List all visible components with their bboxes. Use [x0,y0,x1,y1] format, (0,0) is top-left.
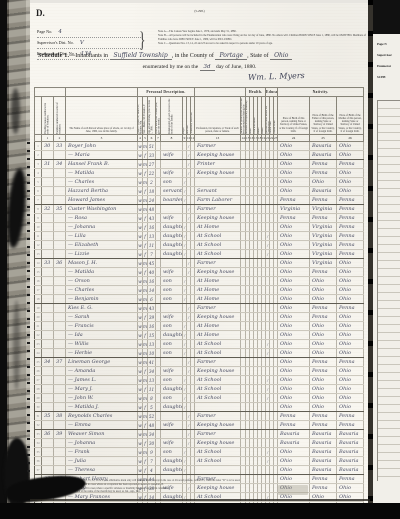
cell-fbp: Bavaria [310,430,337,439]
next-page-text-fragment: SCHE [377,75,386,79]
cell-occ: Servant [195,187,241,196]
column-number-rel: 8 [161,135,183,142]
enumerated-line: enumerated by me on the 3d day of June, … [30,64,369,71]
cell-dw [42,241,54,250]
cell-bp: Ohio [278,151,310,160]
cell-c: w [138,349,143,358]
cell-bp: Ohio [278,277,310,286]
header-notes: Note A.—The Census Year begins June 1, 1… [158,30,366,47]
cell-fam [54,376,66,385]
cell-fam [54,268,66,277]
cell-age: 16 [148,277,156,286]
cell-fam [54,340,66,349]
cell-name: — Charles [66,178,138,187]
page-number-row: Page No.4 [37,29,141,38]
cell-age: 11 [148,241,156,250]
cell-fbp: Penna [310,214,337,223]
cell-name: — Matilda [66,169,138,178]
cell-mbp: Penna [337,304,364,313]
cell-bp: Ohio [278,223,310,232]
cell-mbp: Ohio [337,268,364,277]
cell-name: Howard James [66,196,138,205]
cell-bp: Ohio [278,142,310,151]
cell-c: w [138,295,143,304]
cell-name: — Julia [66,457,138,466]
cell-occ: At School [195,349,241,358]
cell-n: 28 [35,385,42,394]
cell-bp: Bavaria [278,439,310,448]
cell-fbp: Ohio [310,277,337,286]
cell-rel: wife [161,268,183,277]
cell-age: 27 [148,160,156,169]
cell-occ: At Home [195,295,241,304]
cell-rel: daughter [161,457,183,466]
cell-dw [42,466,54,475]
cell-dw: 35 [42,412,54,421]
section-nativity: Nativity. [278,88,364,97]
cell-name: — Matilda [66,268,138,277]
cell-age: 13 [148,232,156,241]
cell-c: w [138,367,143,376]
cell-n: 19 [35,304,42,313]
cell-fam: 33 [54,142,66,151]
cell-dw [42,214,54,223]
cell-mbp: Penna [337,358,364,367]
table-row: 17— Charleswm14son/At HomeOhioOhioOhio [35,286,364,295]
cell-rel: servant [161,187,183,196]
cell-occ: Farmer [195,412,241,421]
cell-occ: At School [195,457,241,466]
cell-c: w [138,421,143,430]
cell-age: 33 [148,151,156,160]
cell-rel [161,142,183,151]
form-number: (5-298.) [30,9,369,13]
cell-name: — Johanna [66,439,138,448]
column-number-age: 6 [148,135,156,142]
cell-occ: Printer [195,160,241,169]
cell-fbp: Virginia [310,259,337,268]
cell-bp: Ohio [278,322,310,331]
cell-fam [54,196,66,205]
cell-name: — Mary J. [66,385,138,394]
table-row: 29— John W.wm8son/At School/OhioOhioOhio [35,394,364,403]
column-number-fbp: 25 [310,135,337,142]
cell-fam [54,223,66,232]
cell-dw [42,178,54,187]
cell-n: 21 [35,322,42,331]
table-row: 19Kies E. G.wm43/FarmerOhioPennaPenna [35,304,364,313]
cell-bp: Ohio [278,403,310,412]
cell-age: 41 [148,358,156,367]
cell-mbp: Penna [337,412,364,421]
cell-mbp: Penna [337,223,364,232]
cell-age: 16 [148,322,156,331]
cell-s: m [143,142,148,151]
table-row: 20— Sarahwf39wife/Keeping houseOhioPenna… [35,313,364,322]
cell-bp: Ohio [278,259,310,268]
cell-c: w [138,430,143,439]
cell-dw: 30 [42,142,54,151]
table-row: 32— Emmawf48wife/Keeping housePennaPenna… [35,421,364,430]
cell-rel: wife [161,367,183,376]
table-row: 253437Lineman Georgewm41/FarmerOhioPenna… [35,358,364,367]
table-row: 35— Frankwm9son/At School/OhioBavariaBav… [35,448,364,457]
cell-n: 32 [35,421,42,430]
cell-dw [42,322,54,331]
cell-age: 30 [148,439,156,448]
cell-name: Lineman George [66,358,138,367]
cell-bp: Ohio [278,367,310,376]
cell-dw [42,277,54,286]
table-row: 21— Franciswm16son/At HomeOhioOhioOhio [35,322,364,331]
cell-age: 4 [148,466,156,475]
cell-fam [54,187,66,196]
section-blank-left [35,88,66,97]
cell-c: w [138,466,143,475]
cell-dw [42,196,54,205]
cell-c: w [138,160,143,169]
cell-fbp: Bavaria [310,151,337,160]
cell-age: 8 [148,394,156,403]
cell-bp: Penna [278,412,310,421]
cell-fam [54,169,66,178]
next-page-dark-corner [373,0,400,34]
cell-n: 26 [35,367,42,376]
cell-n: 25 [35,358,42,367]
cell-mbp: Bavaria [337,457,364,466]
cell-n: 5 [35,178,42,187]
cell-fam [54,385,66,394]
cell-fam [54,448,66,457]
cell-fbp: Ohio [310,403,337,412]
cell-n: 14 [35,259,42,268]
cell-name: — Emma [66,421,138,430]
cell-fbp: Virginia [310,250,337,259]
table-row: 30— Matilda J.wf5daughter/OhioOhioOhio [35,403,364,412]
cell-fam [54,421,66,430]
cell-fam: 37 [54,358,66,367]
cell-dw [42,331,54,340]
cell-dw [42,385,54,394]
state-label: , State of [247,53,269,59]
section-occupation [195,88,246,97]
cell-occ: At Home [195,286,241,295]
cell-mbp: Bavaria [337,466,364,475]
cell-bp: Ohio [278,457,310,466]
cell-rel: son [161,322,183,331]
column-header-occ: Profession, Occupation, or Trade of each… [195,97,241,135]
cell-dw [42,349,54,358]
microfilm-bottom-band [0,503,400,519]
cell-n: 7 [35,196,42,205]
cell-n: 34 [35,439,42,448]
cell-n: 35 [35,448,42,457]
column-label-row: Dwelling houses numbered in order of vis… [35,97,364,135]
note-line: Note A.—The Census Year begins June 1, 1… [158,30,366,34]
cell-occ: Farmer [195,304,241,313]
cell-fbp: Bavaria [310,142,337,151]
footer-notes: Note D.—In making entries in columns 6, … [40,479,360,494]
cell-age: 34 [148,367,156,376]
cell-name: — Willis [66,340,138,349]
cell-s: m [143,277,148,286]
cell-dw [42,403,54,412]
cell-n: 36 [35,457,42,466]
cell-bp: Ohio [278,394,310,403]
cell-n: 30 [35,403,42,412]
table-row: 313538Reynolds Charleswm52/FarmerPennaPe… [35,412,364,421]
table-row: 9— Rosawf43wife/Keeping housePennaPennaP… [35,214,364,223]
cell-n: 6 [35,187,42,196]
cell-c: w [138,250,143,259]
cell-n: 15 [35,268,42,277]
cell-bp: Ohio [278,385,310,394]
column-number-mbp: 26 [337,135,364,142]
cell-c: w [138,376,143,385]
table-row: 33134Hansel Frank B.wm27/PrinterOhioPenn… [35,160,364,169]
cell-fbp: Virginia [310,241,337,250]
table-row: 23— Williswm13son/At School/OhioOhioOhio [35,340,364,349]
column-number-bp: 24 [278,135,310,142]
cell-mbp: Ohio [337,178,364,187]
supervisor-dist-label: Supervisor's Dist. No. [37,40,74,45]
cell-dw [42,394,54,403]
table-row: 11— Lillawf13daughter/At School/OhioVirg… [35,232,364,241]
cell-n: 27 [35,376,42,385]
cell-bp: Penna [278,214,310,223]
cell-bp: Ohio [278,340,310,349]
cell-age: 43 [148,214,156,223]
cell-bp: Ohio [278,232,310,241]
cell-n: 24 [35,349,42,358]
cell-rel: daughter [161,385,183,394]
cell-name: — Benjamin [66,295,138,304]
enumerated-day-value: 3d [200,64,215,71]
cell-age: 7 [148,457,156,466]
cell-occ: Farmer [195,430,241,439]
cell-age: 48 [148,421,156,430]
cell-dw [42,457,54,466]
table-row: 36— Juliawf7daughter/At School/OhioBavar… [35,457,364,466]
cell-fbp: Bavaria [310,448,337,457]
cell-occ: At Home [195,277,241,286]
cell-fbp: Ohio [310,376,337,385]
section-education: Education. [266,88,278,97]
cell-fbp: Ohio [310,340,337,349]
cell-fbp: Penna [310,421,337,430]
column-number-occ: 13 [195,135,241,142]
cell-occ: At Home [195,331,241,340]
cell-fbp: Bavaria [310,187,337,196]
cell-dw [42,169,54,178]
cell-name: — Francis [66,322,138,331]
cell-s: m [143,358,148,367]
cell-bp: Ohio [278,448,310,457]
cell-c: w [138,448,143,457]
cell-fbp: Penna [310,169,337,178]
cell-mbp: Ohio [337,349,364,358]
cell-n: 31 [35,412,42,421]
cell-s: m [143,376,148,385]
cell-rel [161,160,183,169]
cell-c: w [138,358,143,367]
cell-s: m [143,286,148,295]
column-header-mbp: Place of Birth of the Mother of this per… [337,97,364,135]
cell-fam [54,394,66,403]
cell-fam [54,349,66,358]
cell-s: m [143,178,148,187]
next-page-table-edge [377,100,400,481]
cell-rel [161,412,183,421]
cell-dw [42,340,54,349]
cell-dw [42,151,54,160]
cell-age: 5 [148,403,156,412]
cell-rel: son [161,277,183,286]
county-label: , in the County of [172,53,214,59]
cell-dw [42,286,54,295]
supervisor-dist-row: Supervisor's Dist. No.V [37,40,141,49]
cell-age: 34 [148,430,156,439]
cell-n: 20 [35,313,42,322]
cell-occ: At School [195,250,241,259]
table-row: 27— James L.wm13son/At School/OhioOhioOh… [35,376,364,385]
cell-occ [195,466,241,475]
cell-age: 9 [148,448,156,457]
cell-occ: Keeping house [195,169,241,178]
cell-bp: Ohio [278,250,310,259]
cell-age: 14 [148,286,156,295]
cell-occ: Farm Laborer [195,196,241,205]
cell-c: w [138,331,143,340]
cell-age: 7 [148,250,156,259]
cell-n: 23 [35,340,42,349]
cell-fbp: Penna [310,367,337,376]
cell-occ: Keeping house [195,439,241,448]
paper-bottom-edge [30,499,370,501]
table-row: 28— Mary J.wf11daughter/At School/OhioOh… [35,385,364,394]
cell-rel: son [161,448,183,457]
cell-dw [42,376,54,385]
cell-rel: daughter [161,403,183,412]
cell-mbp: Penna [337,196,364,205]
cell-fbp: Virginia [310,232,337,241]
cell-mbp: Ohio [337,403,364,412]
cell-name: — Orson [66,277,138,286]
cell-bp: Ohio [278,466,310,475]
cell-n: 37 [35,466,42,475]
cell-fam: 35 [54,205,66,214]
cell-fbp: Penna [310,268,337,277]
column-number-n [35,135,42,142]
cell-rel: daughter [161,232,183,241]
cell-name: — Rosa [66,214,138,223]
cell-dw [42,232,54,241]
table-row: 12— Elizabethwf11daughter/At School/Ohio… [35,241,364,250]
cell-bp: Bavaria [278,430,310,439]
cell-rel: daughter [161,250,183,259]
cell-fam [54,286,66,295]
cell-fbp: Bavaria [310,457,337,466]
cell-c: w [138,277,143,286]
cell-rel [161,259,183,268]
cell-age: 52 [148,412,156,421]
cell-mbp: Ohio [337,340,364,349]
cell-rel: daughter [161,223,183,232]
cell-bp: Ohio [278,295,310,304]
cell-rel [161,304,183,313]
cell-fbp: Virginia [310,205,337,214]
cell-dw [42,223,54,232]
cell-fbp: Ohio [310,178,337,187]
column-header-e1: Attended school within the Census year. [266,97,270,135]
cell-mbp: Ohio [337,376,364,385]
cell-age: 10 [148,349,156,358]
cell-s: m [143,295,148,304]
cell-name: — Charles [66,286,138,295]
cell-mbp: Penna [337,241,364,250]
cell-n: 33 [35,430,42,439]
cell-fbp: Virginia [310,223,337,232]
cell-c: w [138,403,143,412]
cell-n: 4 [35,169,42,178]
cell-dw [42,187,54,196]
cell-rel: daughter [161,331,183,340]
census-table: Personal Description. Health. Education.… [34,87,364,503]
cell-c: w [138,223,143,232]
cell-mbp: Ohio [337,367,364,376]
cell-name: — James L. [66,376,138,385]
cell-n: 11 [35,232,42,241]
cell-fam [54,313,66,322]
cell-mbp: Penna [337,250,364,259]
cell-c: w [138,385,143,394]
section-health: Health. [246,88,266,97]
cell-occ: At Home [195,322,241,331]
cell-age: 6 [148,295,156,304]
column-header-un: Number of months this person has been un… [241,97,246,135]
cell-bp: Ohio [278,160,310,169]
cell-age: 24 [148,196,156,205]
cell-fam [54,403,66,412]
cell-dw [42,250,54,259]
cell-rel: daughter [161,241,183,250]
table-row: 6Hazzard Berthawf18servant/ServantOhioBa… [35,187,364,196]
cell-s: m [143,394,148,403]
column-number-dw: 1 [42,135,54,142]
table-row: 34— Johannawf30wife/Keeping houseBavaria… [35,439,364,448]
cell-name: Hazzard Bertha [66,187,138,196]
cell-bp: Ohio [278,178,310,187]
cell-name: Custer Washington [66,205,138,214]
cell-c: w [138,286,143,295]
cell-mbp: Ohio [337,286,364,295]
cell-n: 10 [35,223,42,232]
cell-name: — Lizzie [66,250,138,259]
cell-mbp: Ohio [337,187,364,196]
cell-age: 18 [148,187,156,196]
cell-fbp: Ohio [310,295,337,304]
cell-fbp: Ohio [310,385,337,394]
cell-s: m [143,340,148,349]
cell-mbp: Ohio [337,277,364,286]
cell-fam [54,331,66,340]
table-row: 333639Weaver Simonwm34/FarmerBavariaBava… [35,430,364,439]
cell-c: w [138,322,143,331]
cell-age: 48 [148,205,156,214]
cell-occ: At School [195,340,241,349]
table-row: 143336Mason J. H.wm45/FarmerOhioVirginia… [35,259,364,268]
census-table-body: 13033Boyer Johnwm51/FarmerOhioBavariaOhi… [35,142,364,504]
